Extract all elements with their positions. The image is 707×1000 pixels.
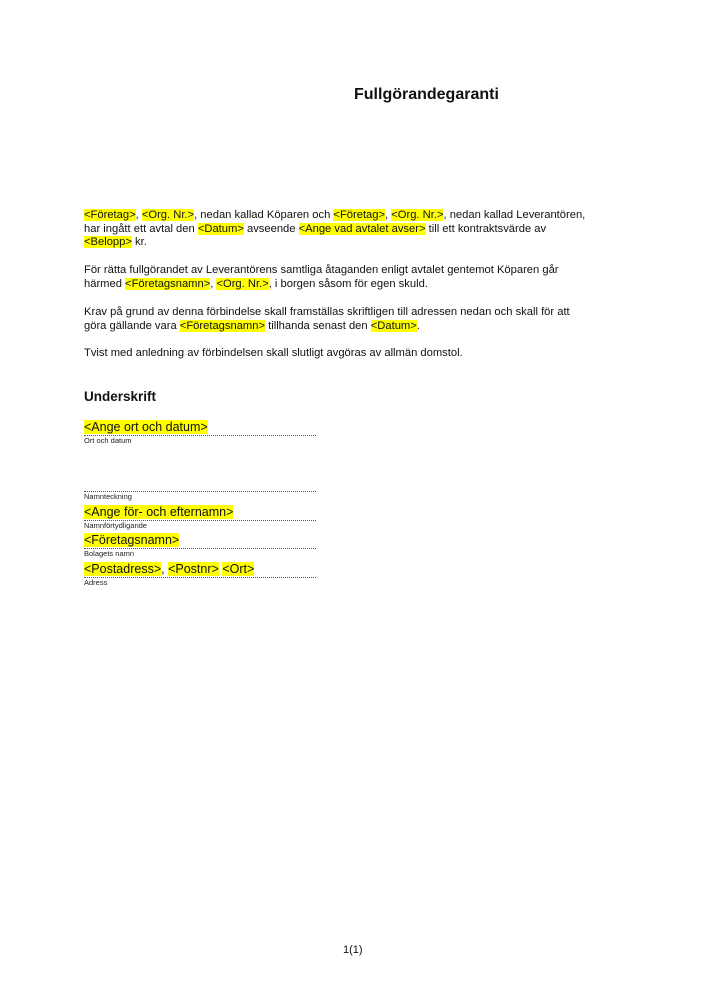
field-city[interactable]: <Ort> (222, 562, 254, 576)
signature-caption: Ort och datum (84, 436, 316, 445)
field-postal-address[interactable]: <Postadress> (84, 562, 161, 576)
field-claim-company[interactable]: <Företagsnamn> (180, 320, 265, 332)
field-buyer-company[interactable]: <Företag> (84, 209, 136, 221)
field-signature[interactable] (84, 476, 316, 490)
document-title: Fullgörandegaranti (354, 86, 499, 104)
signature-heading: Underskrift (84, 389, 156, 404)
field-buyer-org-nr[interactable]: <Org. Nr.> (142, 209, 194, 221)
field-agreement-subject[interactable]: <Ange vad avtalet avser> (299, 223, 426, 235)
field-guarantor-company[interactable]: <Företagsnamn> (125, 278, 210, 290)
field-postal-code[interactable]: <Postnr> (168, 562, 219, 576)
field-claim-date[interactable]: <Datum> (371, 320, 417, 332)
field-agreement-date[interactable]: <Datum> (198, 223, 244, 235)
signature-caption: Namnförtydligande (84, 521, 316, 530)
signature-field-signature: Namnteckning (84, 476, 316, 501)
field-supplier-org-nr[interactable]: <Org. Nr.> (391, 209, 443, 221)
field-company-name[interactable]: <Företagsnamn> (84, 533, 179, 547)
field-place-date[interactable]: <Ange ort och datum> (84, 420, 208, 434)
field-guarantor-org-nr[interactable]: <Org. Nr.> (216, 278, 268, 290)
paragraph-claims: Krav på grund av denna förbindelse skall… (84, 306, 644, 333)
signature-caption: Bolagets namn (84, 549, 316, 558)
field-full-name[interactable]: <Ange för- och efternamn> (84, 505, 233, 519)
signature-field-place-date: <Ange ort och datum> Ort och datum (84, 420, 316, 445)
page-number: 1(1) (343, 944, 363, 956)
paragraph-disputes: Tvist med anledning av förbindelsen skal… (84, 347, 644, 361)
signature-field-name: <Ange för- och efternamn> Namnförtydliga… (84, 505, 316, 530)
paragraph-parties: <Företag>, <Org. Nr.>, nedan kallad Köpa… (84, 209, 644, 250)
field-supplier-company[interactable]: <Företag> (333, 209, 385, 221)
paragraph-guarantee: För rätta fullgörandet av Leverantörens … (84, 264, 644, 291)
signature-caption: Adress (84, 578, 316, 587)
signature-field-address: <Postadress>, <Postnr> <Ort> Adress (84, 562, 316, 587)
signature-field-company: <Företagsnamn> Bolagets namn (84, 533, 316, 558)
field-amount[interactable]: <Belopp> (84, 236, 132, 248)
signature-caption: Namnteckning (84, 492, 316, 501)
